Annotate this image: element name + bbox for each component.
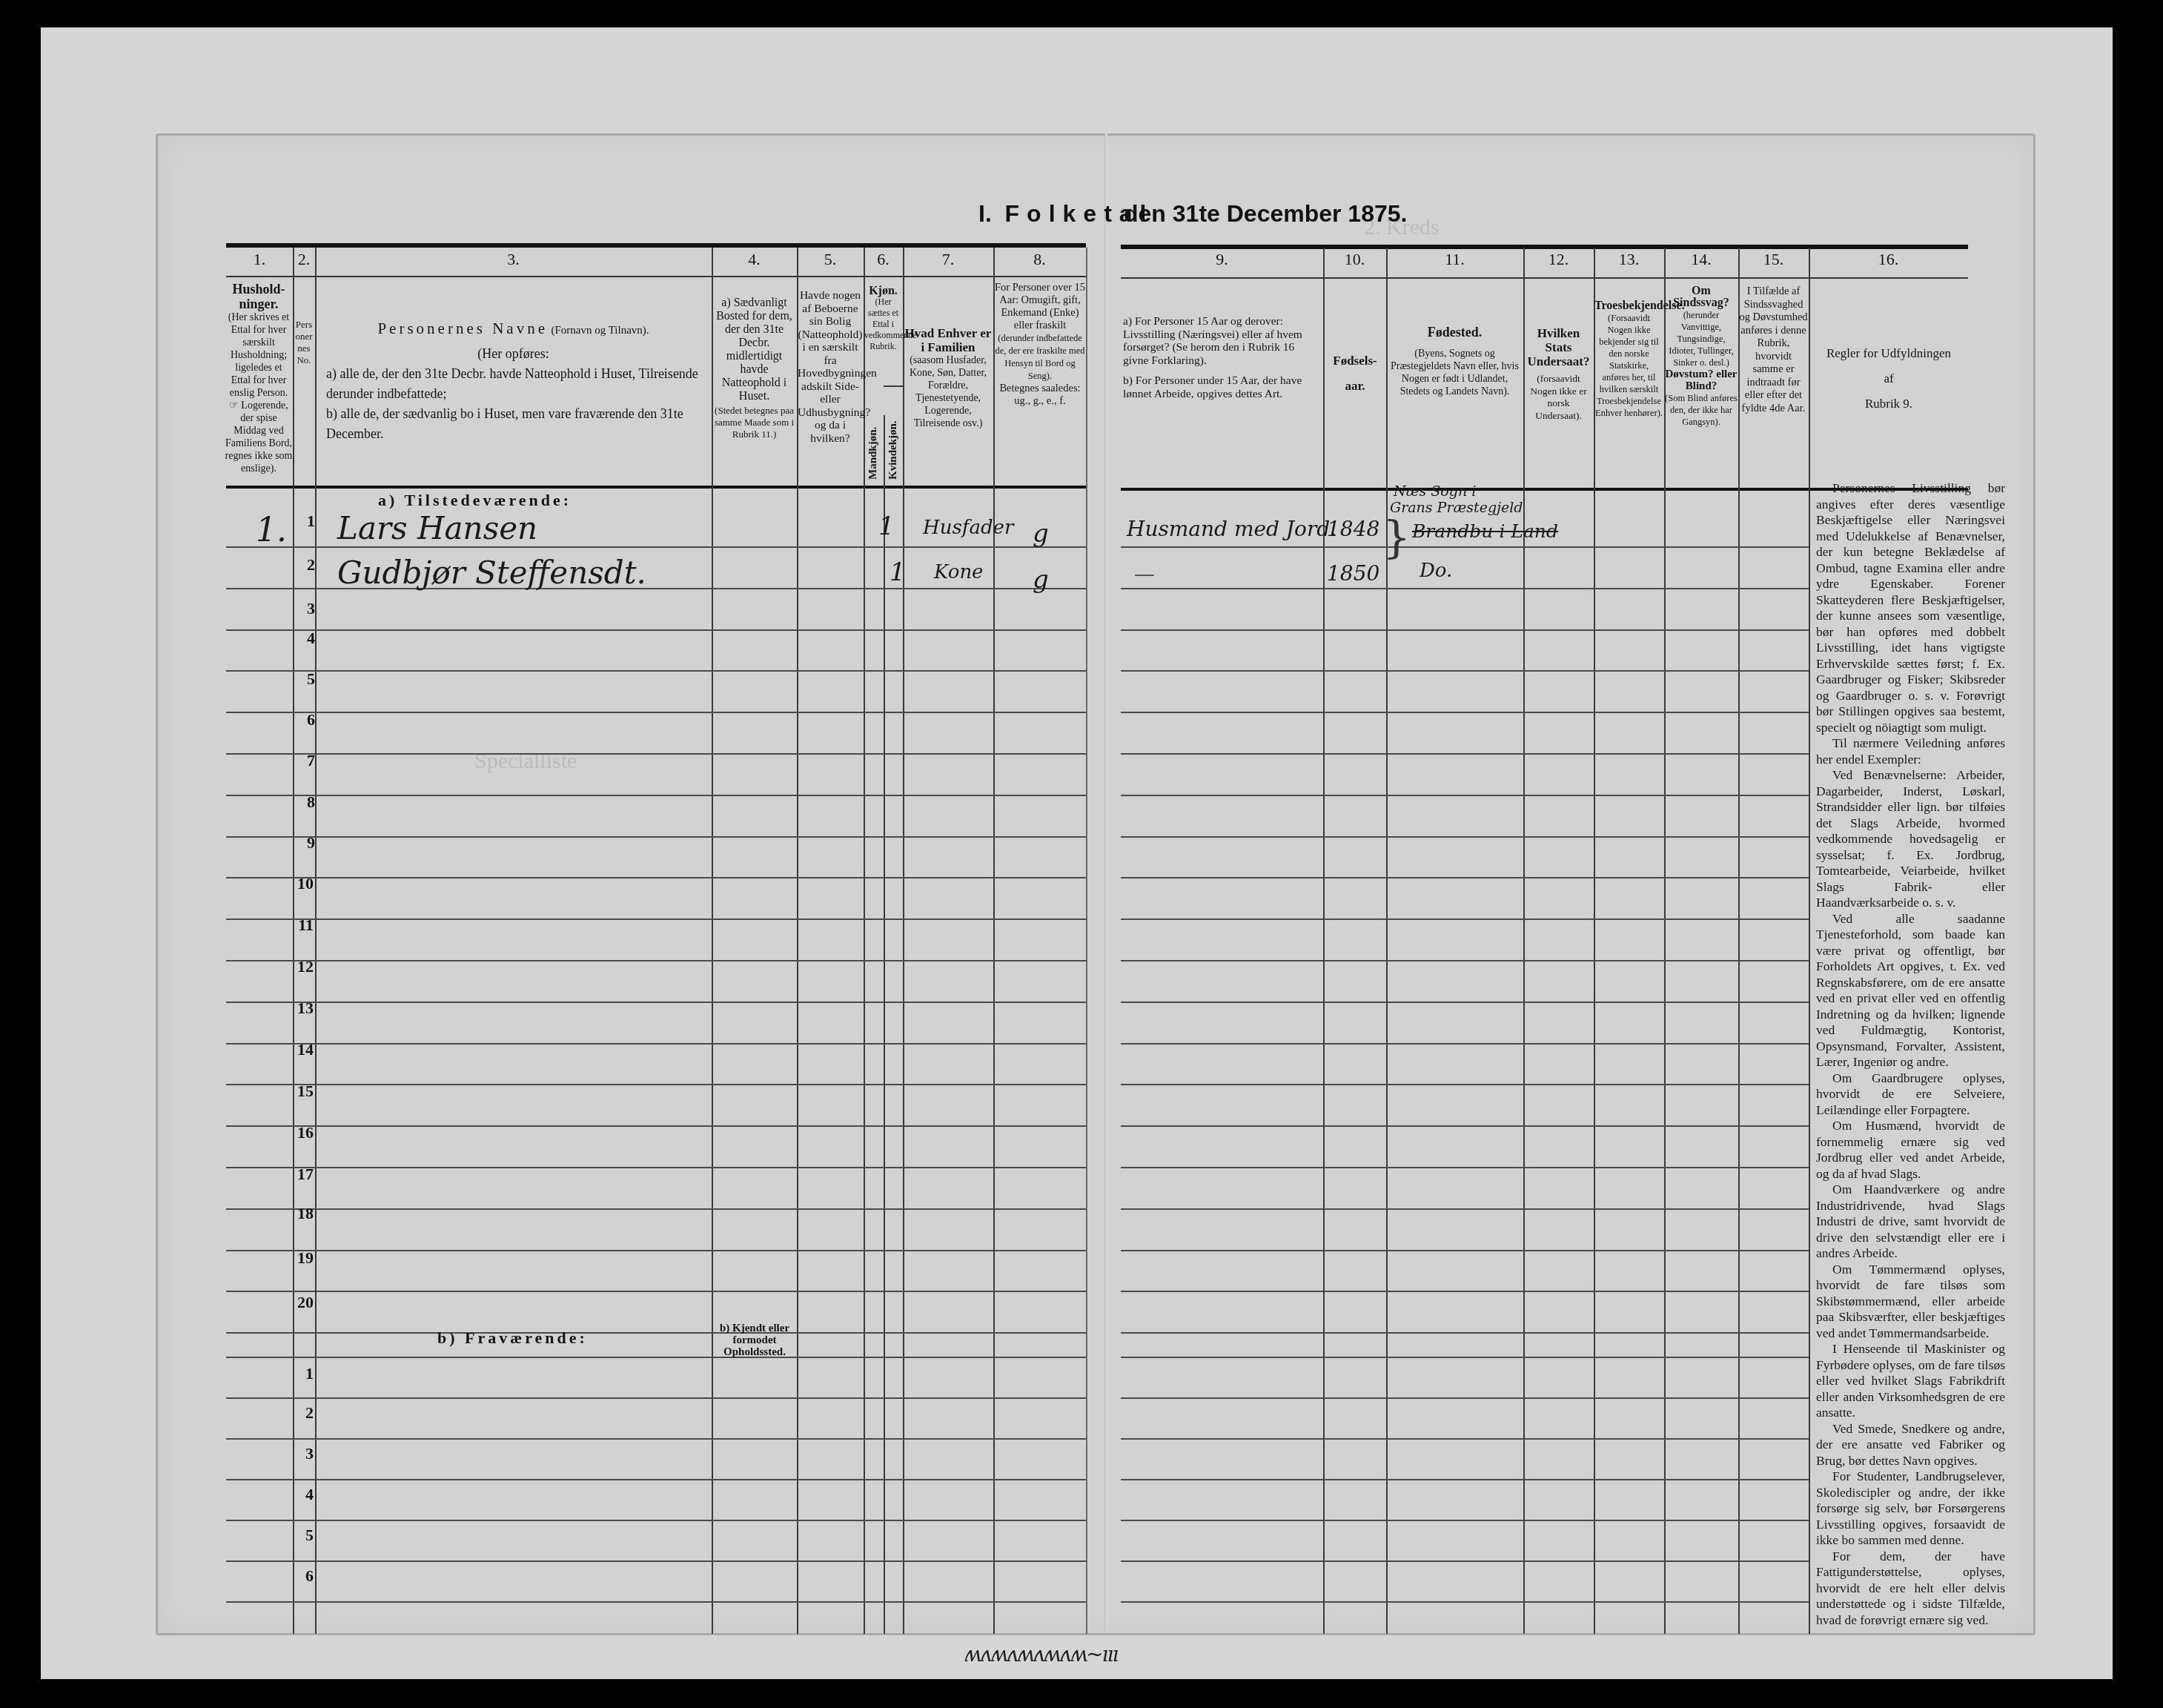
col-number: 10. <box>1323 250 1386 269</box>
row-rule <box>226 836 1086 838</box>
row-number: 10 <box>291 874 314 893</box>
col12-header: Hvilken Stats Undersaat? (forsaavidt Nog… <box>1524 326 1593 422</box>
row-rule <box>226 1357 1086 1358</box>
rubrik9-rules: Personernes Livsstilling bør angives eft… <box>1816 480 2005 1628</box>
col-divider <box>1738 248 1740 1634</box>
row-rule <box>1121 546 1809 548</box>
col-number: 1. <box>226 250 293 269</box>
row-rule <box>226 1250 1086 1251</box>
row-rule <box>226 960 1086 961</box>
col-divider <box>1323 248 1325 1634</box>
row-number: 3 <box>291 1444 314 1463</box>
row-number: 7 <box>293 751 315 770</box>
row-rule <box>226 1479 1086 1480</box>
birthplace-ditto: Do. <box>1420 560 1452 582</box>
row-rule <box>226 1438 1086 1440</box>
row-rule <box>226 1002 1086 1003</box>
row-rule <box>226 1043 1086 1045</box>
row-rule <box>1121 1084 1809 1085</box>
col14-header: Om Sindssvag? (herunder Vanvittige, Tung… <box>1665 285 1738 428</box>
row-number: 3 <box>293 599 315 618</box>
row-rule <box>226 1125 1086 1127</box>
col-divider <box>1664 248 1666 1634</box>
header-bottom-rule-left <box>226 486 1086 489</box>
col-number: 5. <box>797 250 864 269</box>
row-number: 20 <box>291 1293 314 1312</box>
row-rule <box>226 877 1086 878</box>
row-rule <box>226 1291 1086 1292</box>
col-number: 11. <box>1386 250 1523 269</box>
sex-female-mark: 1 <box>890 557 906 587</box>
section-present-label: a) Tilstedeværende: <box>378 491 572 510</box>
col6-female-label: Kvindekjøn. <box>887 397 900 480</box>
household-number: 1. <box>256 512 287 549</box>
row-number: 5 <box>293 669 315 689</box>
person-name: Lars Hansen <box>337 510 537 546</box>
col-number: 16. <box>1809 250 1968 269</box>
row-number: 4 <box>293 629 315 648</box>
row-rule <box>226 629 1086 631</box>
col-divider <box>1386 248 1388 1634</box>
row-rule <box>1121 1250 1809 1251</box>
row-rule <box>226 1084 1086 1085</box>
row-rule <box>226 1332 1086 1334</box>
family-role: Husfader <box>923 517 1013 539</box>
col-number: 8. <box>993 250 1086 269</box>
row-rule <box>226 795 1086 796</box>
row-number: 1 <box>293 512 315 531</box>
col15-header: I Tilfælde af Sindssvaghed og Døvstumhed… <box>1739 285 1808 415</box>
row-rule <box>1121 1332 1809 1334</box>
row-rule <box>1121 795 1809 796</box>
col-divider <box>1086 248 1087 1634</box>
row-rule <box>1121 1167 1809 1168</box>
col2-header: Personernes No. <box>294 319 314 366</box>
row-rule <box>1121 1357 1809 1358</box>
birth-year: 1850 <box>1327 561 1379 586</box>
row-rule <box>1121 588 1809 589</box>
col-number: 3. <box>315 250 712 269</box>
col1-header: Hushold-ninger. (Her skrives et Ettal fo… <box>225 282 293 475</box>
col-number: 4. <box>712 250 797 269</box>
marital-status: g <box>1033 565 1049 595</box>
col8-header: For Personer over 15 Aar: Omugift, gift,… <box>994 282 1086 408</box>
page-fold <box>1104 133 1107 1631</box>
row-rule <box>226 1601 1086 1603</box>
row-number: 11 <box>291 916 314 935</box>
row-rule <box>226 670 1086 672</box>
row-rule <box>226 1520 1086 1521</box>
col-divider <box>864 248 865 1634</box>
row-number: 1 <box>291 1364 314 1383</box>
form-title-date: den 31te December 1875. <box>1124 200 1407 228</box>
row-rule <box>226 753 1086 755</box>
col-number: 9. <box>1121 250 1323 269</box>
bracket-mark: } <box>1382 512 1411 563</box>
col9-header: a) For Personer 15 Aar og derover: Livss… <box>1123 315 1319 400</box>
col-number: 15. <box>1738 250 1809 269</box>
person-name: Gudbjør Steffensdt. <box>337 555 646 591</box>
row-rule <box>1121 960 1809 961</box>
row-number: 17 <box>291 1165 314 1184</box>
col5-header: Havde nogen af Beboerne sin Bolig (Natte… <box>798 289 863 445</box>
family-role: Kone <box>934 561 984 583</box>
row-rule <box>226 712 1086 713</box>
row-number: 12 <box>291 957 314 976</box>
col-divider <box>993 248 995 1634</box>
row-number: 13 <box>291 999 314 1018</box>
row-number: 16 <box>291 1123 314 1142</box>
row-number: 14 <box>291 1040 314 1059</box>
row-rule <box>226 1167 1086 1168</box>
row-rule <box>1121 877 1809 878</box>
row-rule <box>226 918 1086 920</box>
header-rule-left <box>226 243 1086 248</box>
occupation-dash: — <box>1134 562 1199 586</box>
row-rule <box>1121 629 1809 631</box>
row-rule <box>1121 753 1809 755</box>
row-number: 9 <box>293 833 315 853</box>
col-number: 12. <box>1523 250 1594 269</box>
col6-male-label: Mandkjøn. <box>867 397 880 480</box>
colnum-rule-right <box>1121 277 1968 279</box>
row-rule <box>226 546 1086 548</box>
col-divider <box>1523 248 1525 1634</box>
scan-canvas: Specialliste 2. Kreds I. Folketal den 31… <box>0 0 2163 1708</box>
col-number: 7. <box>903 250 993 269</box>
birthplace-struck: Brandbu i Land <box>1412 520 1558 542</box>
row-rule <box>1121 1560 1809 1562</box>
col-divider <box>1594 248 1595 1634</box>
section-absent-label: b) Fraværende: <box>437 1328 588 1348</box>
col16-header: Regler for Udfyldningen af Rubrik 9. <box>1809 341 1968 417</box>
col7-header: Hvad Enhver er i Familien (saasom Husfad… <box>904 326 993 430</box>
col-divider <box>293 248 294 1634</box>
row-number: 19 <box>291 1248 314 1268</box>
col-number: 2. <box>293 250 315 269</box>
row-rule <box>1121 1520 1809 1521</box>
col-number: 14. <box>1664 250 1738 269</box>
col-divider <box>712 248 713 1634</box>
col10-header: Fødsels-aar. <box>1324 348 1386 399</box>
row-rule <box>1121 918 1809 920</box>
row-number: 6 <box>293 710 315 729</box>
col11-header: Fødested. (Byens, Sognets og Præstegjeld… <box>1387 326 1523 398</box>
birthplace-line1: Næs Sogn i <box>1394 483 1476 500</box>
col6-split-rule <box>884 385 903 387</box>
row-rule <box>1121 670 1809 672</box>
col4-header: a) Sædvanligt Bosted for dem, der den 31… <box>712 297 796 440</box>
row-number: 2 <box>291 1403 314 1423</box>
marital-status: g <box>1033 519 1049 549</box>
row-rule <box>1121 1208 1809 1210</box>
row-rule <box>226 1208 1086 1210</box>
col13-header: Troesbekjendelse. (Forsaavidt Nogen ikke… <box>1594 300 1663 419</box>
row-rule <box>1121 1601 1809 1603</box>
col-divider <box>797 248 798 1634</box>
col-divider <box>903 248 904 1634</box>
row-number: 4 <box>291 1485 314 1504</box>
col-divider <box>315 248 317 1634</box>
colnum-rule-left <box>226 276 1086 277</box>
row-rule <box>226 1397 1086 1399</box>
archive-mark: ʍʌʍʌʍʌʍʌʍ~ııı <box>964 1642 1117 1666</box>
occupation: Husmand med Jord. <box>1127 517 1336 541</box>
row-rule <box>1121 1125 1809 1127</box>
col-divider <box>1809 248 1810 1634</box>
col-divider <box>884 415 885 1634</box>
row-number: 15 <box>291 1082 314 1101</box>
absent-location-label: b) Kjendt eller formodet Opholdssted. <box>713 1323 796 1358</box>
row-rule <box>1121 712 1809 713</box>
sex-male-mark: 1 <box>878 512 895 541</box>
row-rule <box>1121 1291 1809 1292</box>
row-rule <box>1121 1002 1809 1003</box>
row-number: 2 <box>293 555 315 575</box>
row-rule <box>1121 1479 1809 1480</box>
row-rule <box>1121 1438 1809 1440</box>
row-number: 8 <box>293 792 315 812</box>
row-number: 18 <box>291 1204 314 1223</box>
row-number: 6 <box>291 1566 314 1586</box>
col-number: 6. <box>864 250 903 269</box>
row-rule <box>1121 836 1809 838</box>
header-rule-right <box>1121 245 1968 249</box>
col-number: 13. <box>1594 250 1664 269</box>
row-number: 5 <box>291 1526 314 1545</box>
col3-header: Personernes Navne (Fornavn og Tilnavn). … <box>326 319 700 444</box>
birth-year: 1848 <box>1327 517 1379 541</box>
row-rule <box>226 1560 1086 1562</box>
row-rule <box>1121 1043 1809 1045</box>
col6-header: Kjøn. (Her sættes et Ettal i vedkommende… <box>864 285 902 352</box>
row-rule <box>1121 1397 1809 1399</box>
